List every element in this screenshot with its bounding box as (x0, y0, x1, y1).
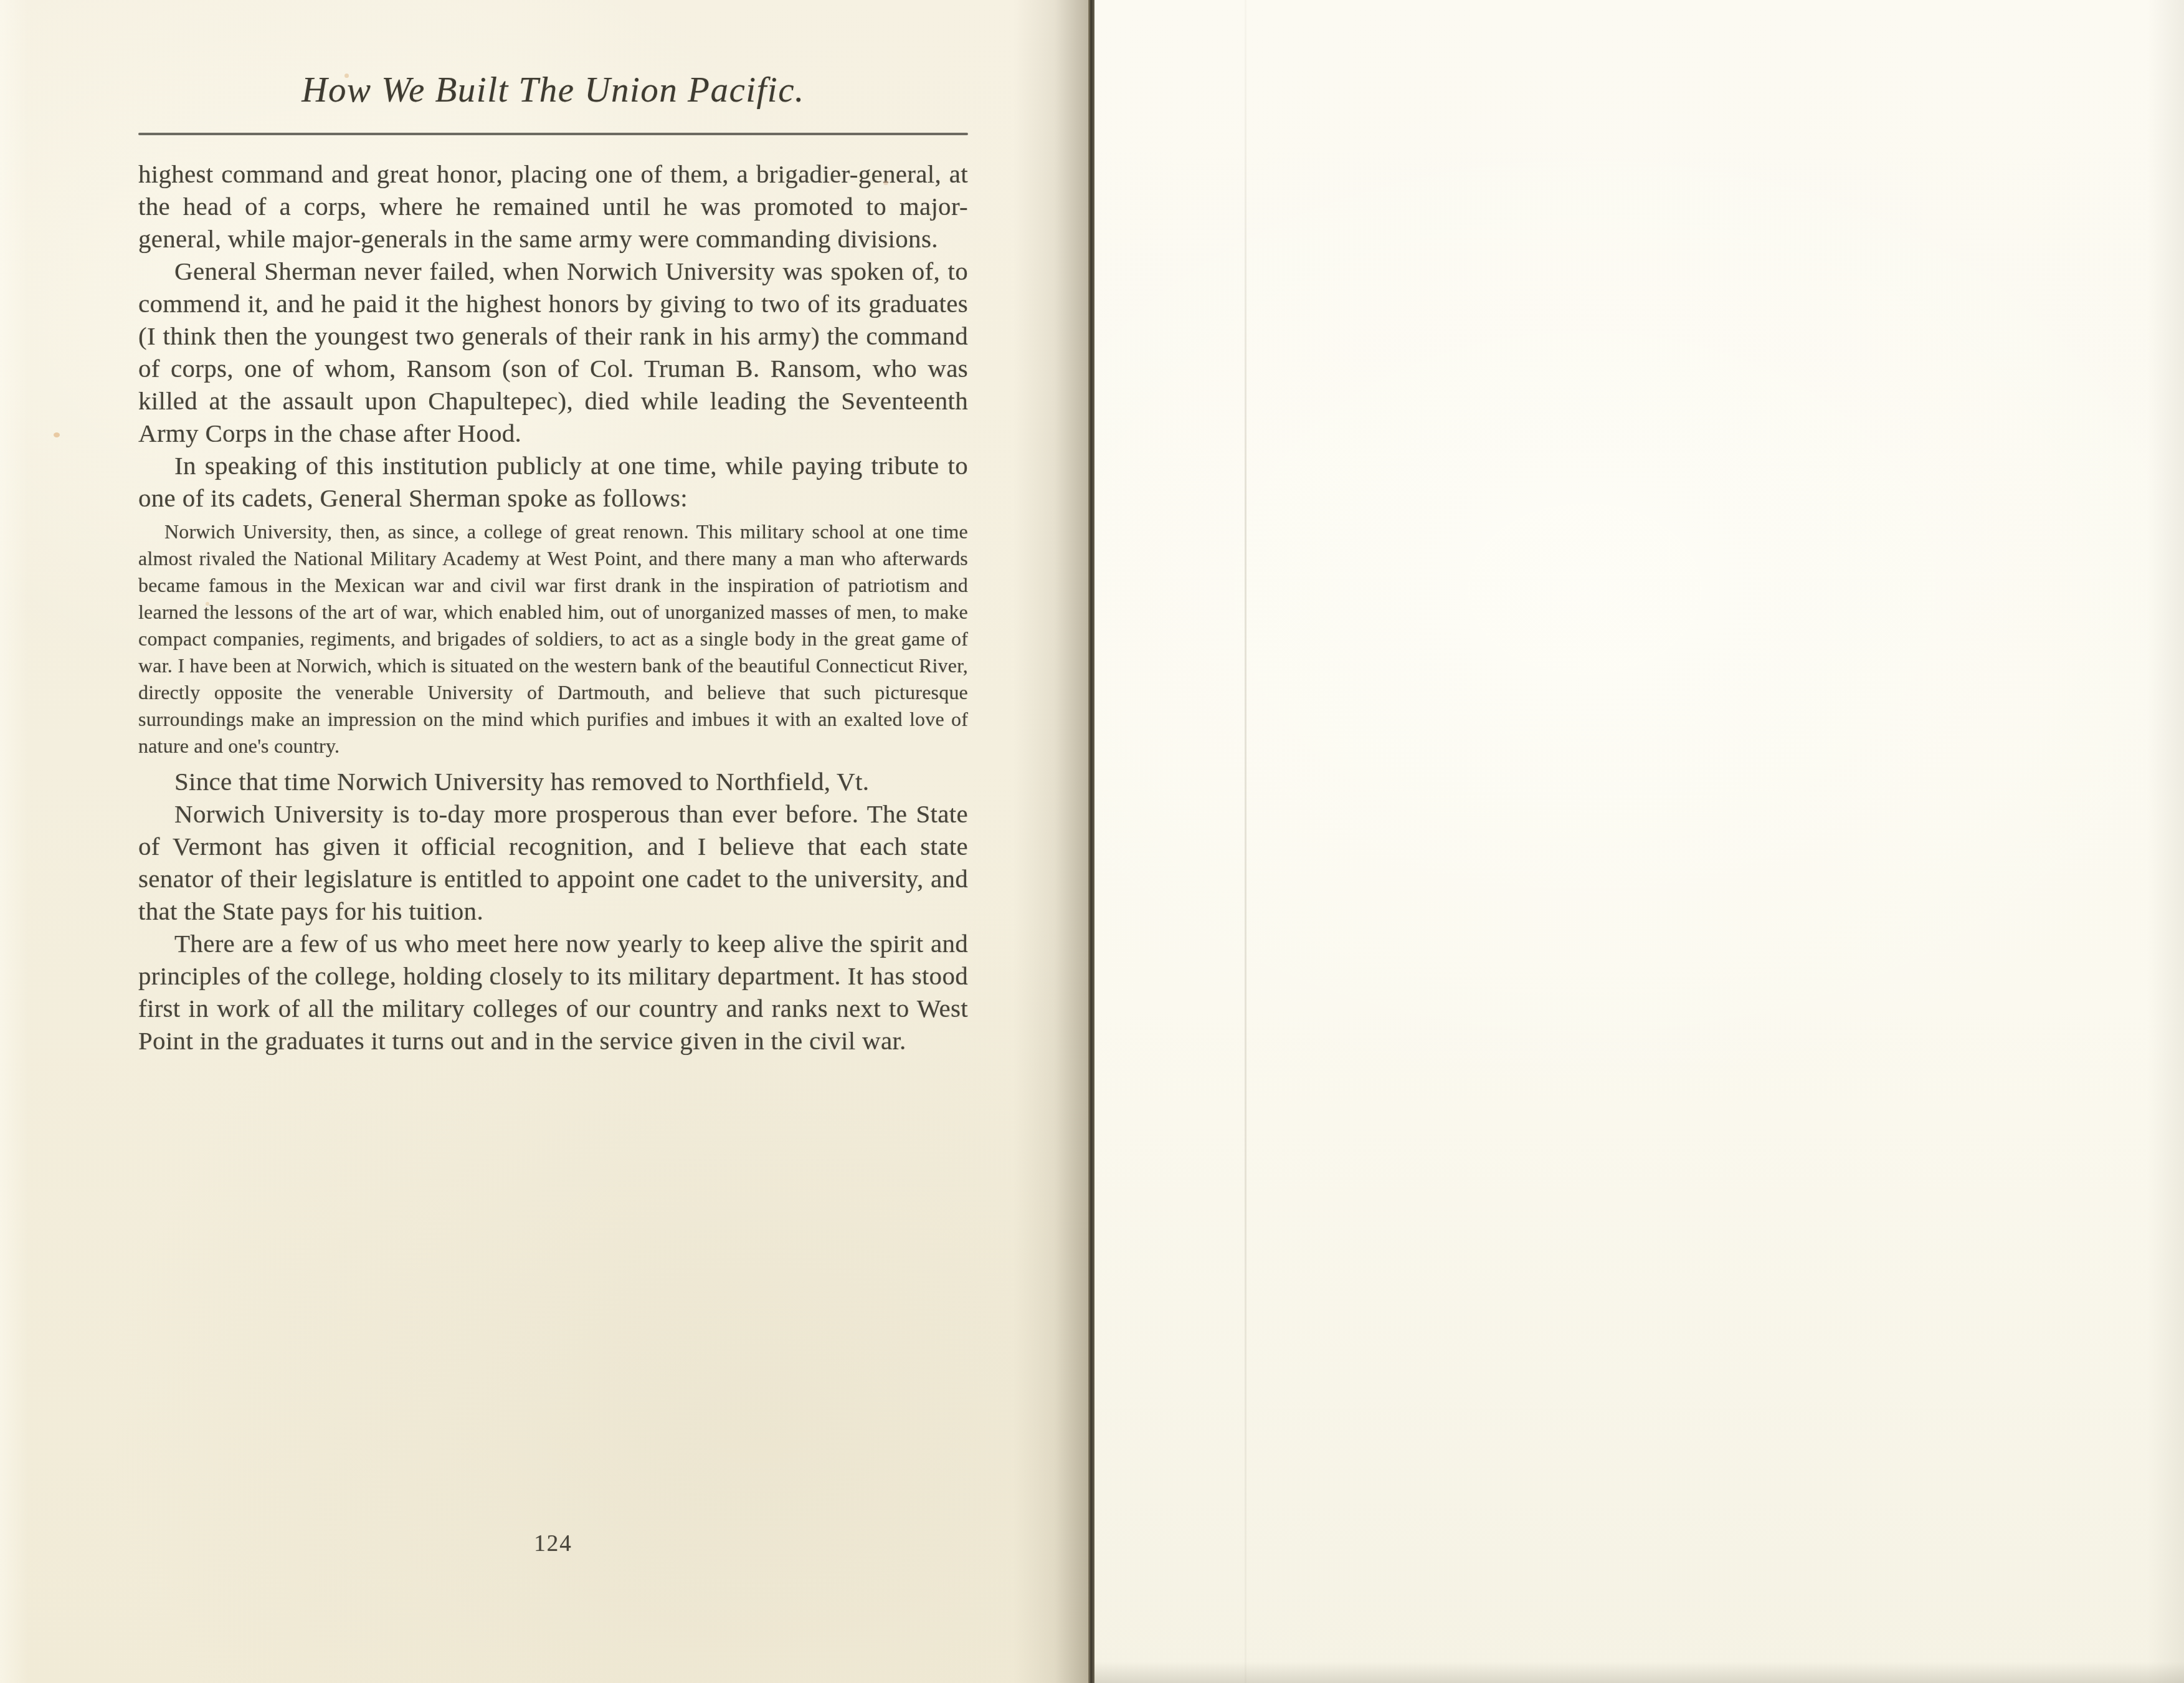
page-gutter-shadow (1088, 0, 1094, 1683)
header-rule (138, 133, 968, 135)
running-header: How We Built The Union Pacific. (138, 70, 968, 111)
paper-speck (883, 181, 888, 185)
body-paragraph: There are a few of us who meet here now … (138, 927, 968, 1057)
body-paragraph: Since that time Norwich University has r… (138, 765, 968, 798)
paper-speck (344, 74, 349, 78)
body-paragraph: highest command and great honor, placing… (138, 158, 968, 255)
left-page: How We Built The Union Pacific. highest … (0, 0, 1088, 1683)
text-column: highest command and great honor, placing… (138, 158, 968, 1057)
blank-right-page (1094, 0, 2184, 1683)
body-paragraph: General Sherman never failed, when Norwi… (138, 255, 968, 449)
body-paragraph: In speaking of this institution publicly… (138, 449, 968, 514)
body-paragraph: Norwich University is to-day more prospe… (138, 798, 968, 927)
page-bottom-shadow (1094, 1662, 2184, 1683)
page-crease (1245, 0, 1246, 1683)
book-scan: How We Built The Union Pacific. highest … (0, 0, 2184, 1683)
page-number: 124 (138, 1530, 968, 1557)
quote-paragraph: Norwich University, then, as since, a co… (138, 518, 968, 760)
paper-speck (54, 432, 60, 437)
page-edge-shade (2147, 0, 2184, 1683)
paper-speck (206, 602, 209, 606)
